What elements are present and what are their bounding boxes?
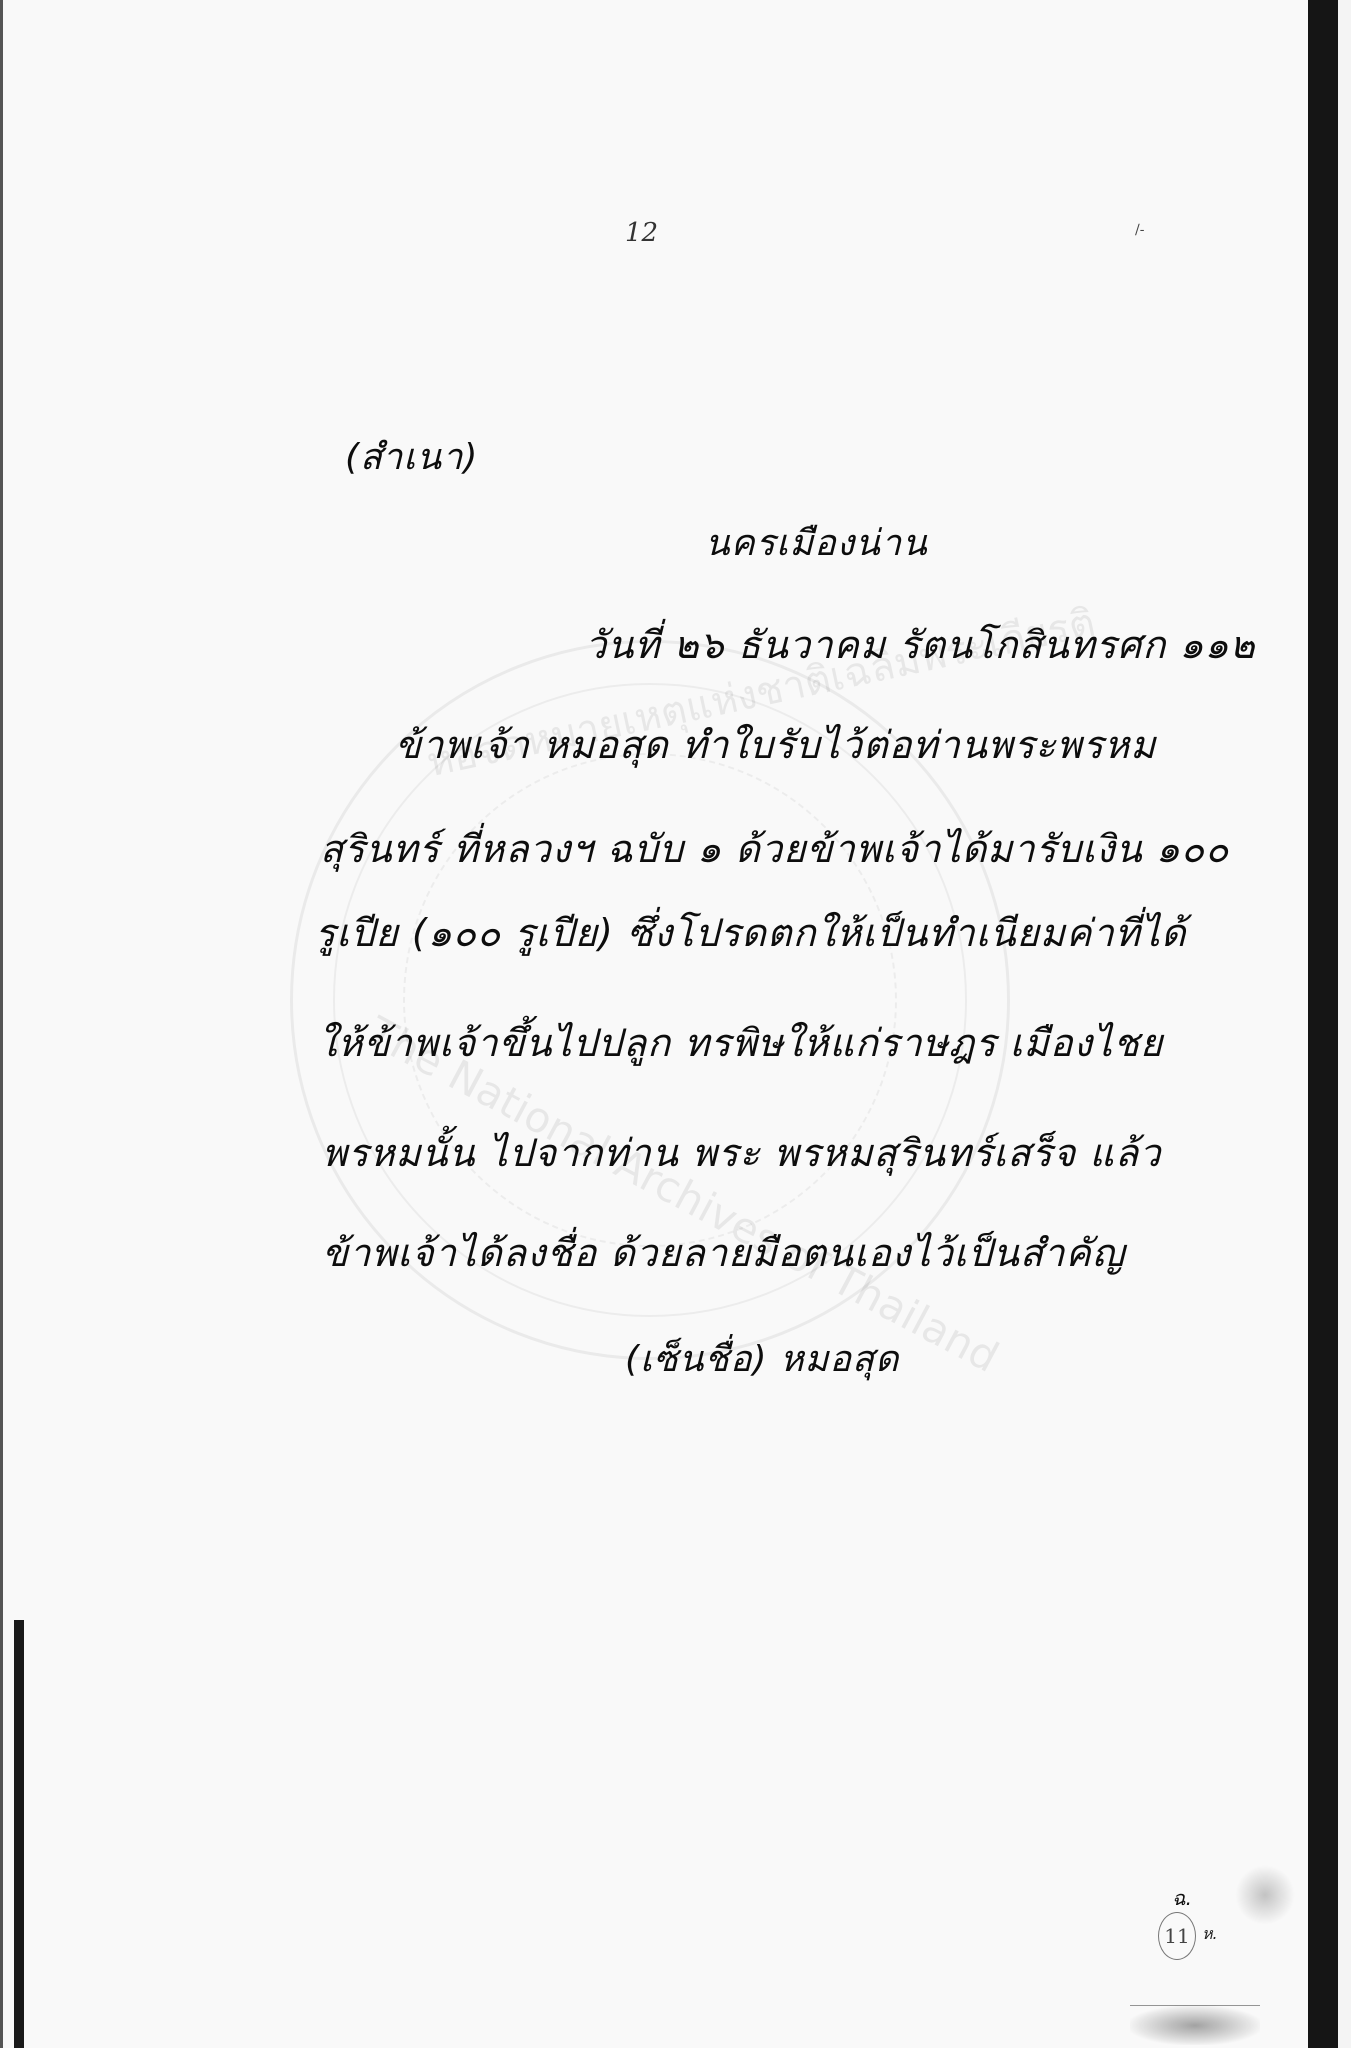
stray-mark: ∕‐ bbox=[1135, 222, 1144, 238]
page-number: 12 bbox=[625, 218, 658, 248]
left-scan-edge bbox=[0, 0, 3, 2048]
right-binding-strip bbox=[1308, 0, 1338, 2048]
place-heading: นครเมืองน่าน bbox=[705, 514, 928, 571]
folio-top-mark: ฉ. bbox=[1172, 1882, 1192, 1914]
body-line: ข้าพเจ้าได้ลงชื่อ ด้วยลายมือตนเองไว้เป็น… bbox=[322, 1222, 1125, 1283]
body-line: พรหมนั้น ไปจากท่าน พระ พรหมสุรินทร์เสร็จ… bbox=[322, 1122, 1161, 1183]
body-line: ให้ข้าพเจ้าขึ้นไปปลูก ทรพิษให้แก่ราษฎร เ… bbox=[318, 1012, 1163, 1073]
right-margin bbox=[1338, 0, 1351, 2048]
copy-label: (สำเนา) bbox=[345, 428, 478, 485]
signature-line: (เซ็นชื่อ) หมอสุด bbox=[625, 1330, 899, 1387]
ink-smudge bbox=[1130, 2005, 1260, 2045]
body-line: สุรินทร์ ที่หลวงฯ ฉบับ ๑ ด้วยข้าพเจ้าได้… bbox=[320, 818, 1229, 879]
date-line: วันที่ ๒๖ ธันวาคม รัตนโกสินทรศก ๑๑๒ bbox=[585, 614, 1256, 675]
left-binding-shadow bbox=[14, 1620, 24, 2048]
body-line: รูเปีย (๑๐๐ รูเปีย) ซึ่งโปรดตกให้เป็นทำเ… bbox=[315, 902, 1187, 963]
body-line: ข้าพเจ้า หมอสุด ทำใบรับไว้ต่อท่านพระพรหม bbox=[395, 714, 1156, 775]
folio-side-mark: ห. bbox=[1202, 1922, 1218, 1947]
scanned-document-page: หอจดหมายเหตุแห่งชาติเฉลิมพระเกียรติ The … bbox=[0, 0, 1351, 2048]
folio-circled-number: 11 bbox=[1158, 1912, 1196, 1960]
